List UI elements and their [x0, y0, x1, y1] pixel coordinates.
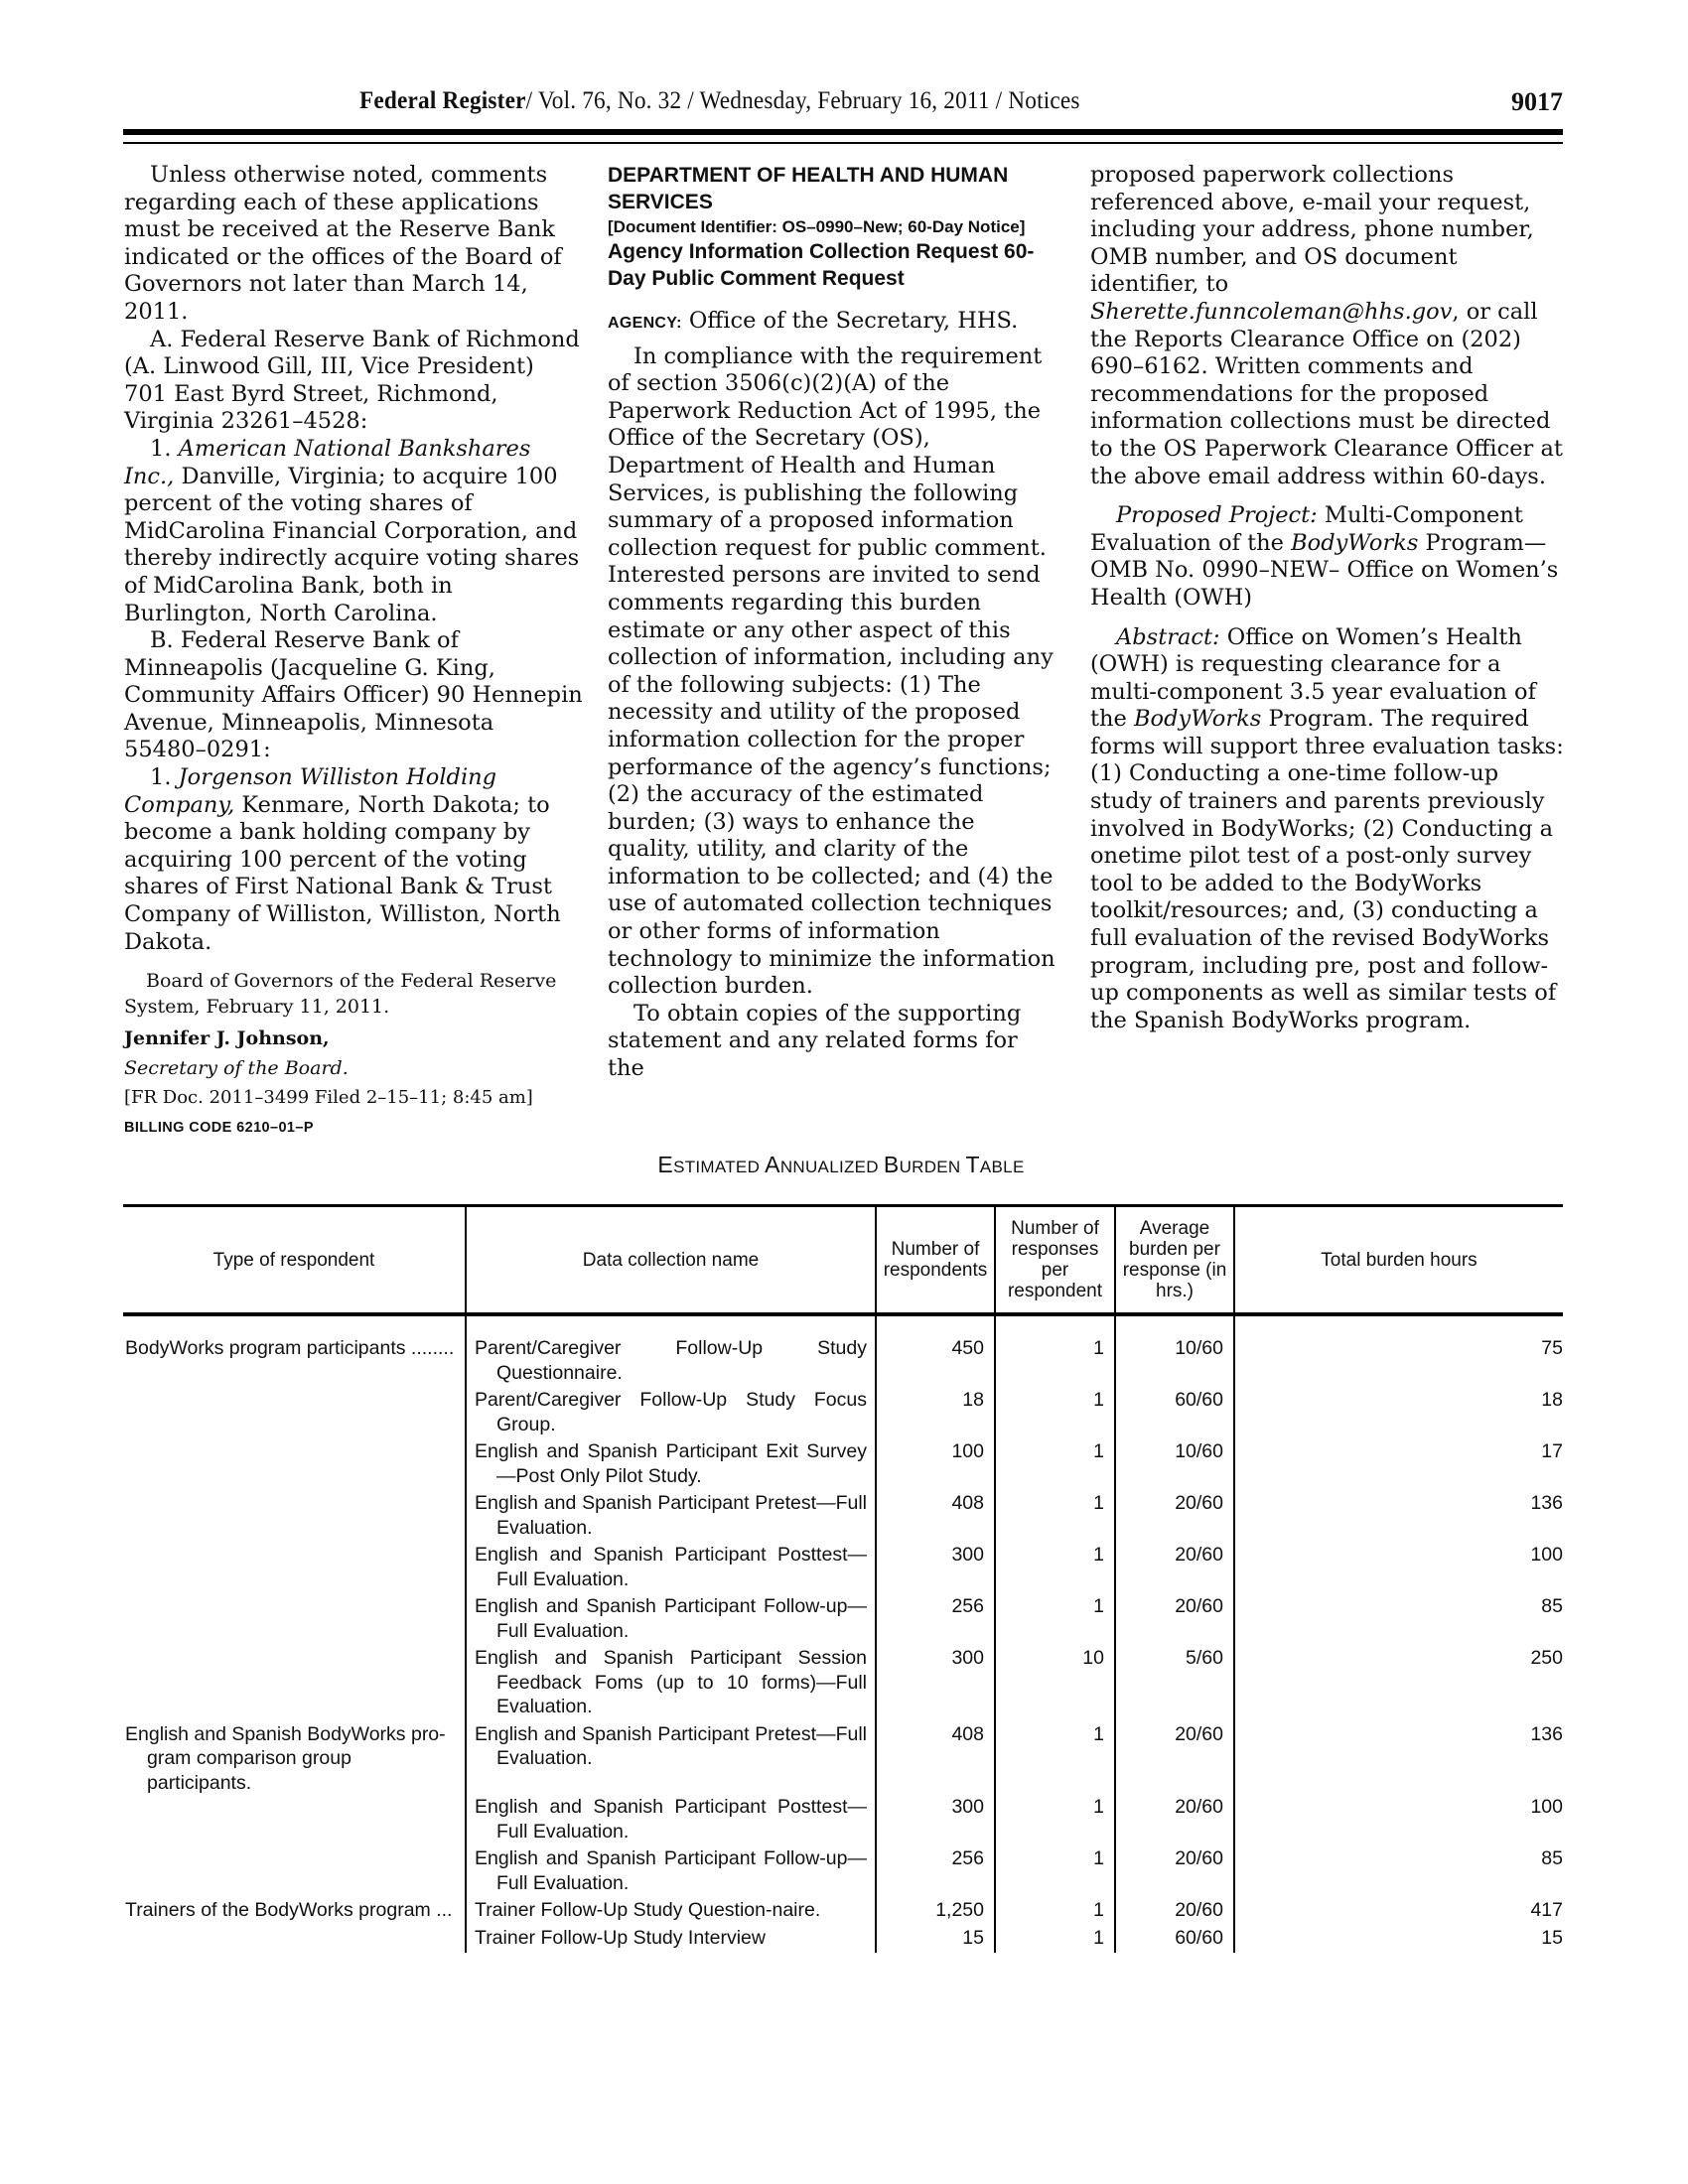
publication-citation: Federal Register/ Vol. 76, No. 32 / Wedn…: [359, 87, 1080, 115]
type-of-respondent-cell: [123, 1846, 466, 1898]
number-of-respondents-cell: 100: [876, 1439, 995, 1491]
proposed-project-paragraph: Proposed Project: Multi-Component Evalua…: [1090, 502, 1565, 612]
data-collection-name-cell: English and Spanish Participant Pretest—…: [466, 1722, 876, 1796]
american-national-item: 1. American National Bankshares Inc., Da…: [124, 436, 583, 627]
header-responses-per-respondent: Number of responses per respondent: [995, 1206, 1115, 1315]
title-cap: T: [966, 1152, 980, 1177]
responses-per-respondent-cell: 1: [995, 1722, 1115, 1796]
item-number: 1.: [150, 764, 179, 790]
responses-per-respondent-cell: 1: [995, 1439, 1115, 1491]
table-row: Parent/Caregiver Follow-Up Study Focus G…: [123, 1388, 1563, 1439]
header-type-of-respondent: Type of respondent: [123, 1206, 466, 1315]
respondent-type: BodyWorks program participants ........: [125, 1336, 457, 1361]
type-of-respondent-cell: [123, 1543, 466, 1594]
table-title: ESTIMATED ANNUALIZED BURDEN TABLE: [608, 1152, 1074, 1178]
agency-label: AGENCY:: [608, 315, 682, 332]
data-collection-name-cell: English and Spanish Participant Pretest—…: [466, 1491, 876, 1543]
responses-per-respondent-cell: 1: [995, 1898, 1115, 1926]
title-cap: A: [765, 1152, 780, 1177]
header-data-collection-name: Data collection name: [466, 1206, 876, 1315]
data-collection-name: English and Spanish Participant Follow-u…: [475, 1594, 867, 1646]
item-text: Danville, Virginia; to acquire 100 perce…: [124, 464, 579, 626]
average-burden-cell: 20/60: [1115, 1795, 1234, 1846]
average-burden-cell: 10/60: [1115, 1314, 1234, 1388]
total-burden-hours-cell: 15: [1234, 1926, 1563, 1954]
header-total-burden-hours: Total burden hours: [1234, 1206, 1563, 1315]
column-2: DEPARTMENT OF HEALTH AND HUMAN SERVICES …: [608, 162, 1059, 1083]
column-1: Unless otherwise noted, comments regardi…: [124, 162, 583, 1141]
data-collection-name-cell: Parent/Caregiver Follow-Up Study Focus G…: [466, 1388, 876, 1439]
header-rule-thin: [123, 142, 1563, 144]
table-row: English and Spanish BodyWorks pro-gram c…: [123, 1722, 1563, 1796]
minneapolis-bank-paragraph: B. Federal Reserve Bank of Minneapolis (…: [124, 627, 583, 764]
signer-title: Secretary of the Board.: [124, 1055, 583, 1081]
respondent-type: English and Spanish BodyWorks pro-gram c…: [125, 1722, 457, 1796]
data-collection-name-cell: Parent/Caregiver Follow-Up Study Questio…: [466, 1314, 876, 1388]
average-burden-cell: 10/60: [1115, 1439, 1234, 1491]
data-collection-name-cell: English and Spanish Participant Session …: [466, 1646, 876, 1722]
abstract-paragraph: Abstract: Office on Women’s Health (OWH)…: [1090, 624, 1565, 1035]
data-collection-name-cell: English and Spanish Participant Posttest…: [466, 1795, 876, 1846]
data-collection-name: English and Spanish Participant Pretest—…: [475, 1491, 867, 1543]
title-smallcaps: STIMATED: [673, 1158, 765, 1176]
average-burden-cell: 20/60: [1115, 1491, 1234, 1543]
total-burden-hours-cell: 136: [1234, 1491, 1563, 1543]
title-smallcaps: URDEN: [900, 1158, 966, 1176]
data-collection-name: English and Spanish Participant Exit Sur…: [475, 1439, 867, 1491]
number-of-respondents-cell: 1,250: [876, 1898, 995, 1926]
responses-per-respondent-cell: 1: [995, 1388, 1115, 1439]
data-collection-name: Trainer Follow-Up Study Interview: [475, 1926, 867, 1954]
table-row: English and Spanish Participant Follow-u…: [123, 1846, 1563, 1898]
proposed-project-label: Proposed Project:: [1116, 502, 1318, 528]
total-burden-hours-cell: 75: [1234, 1314, 1563, 1388]
respondent-type: Trainers of the BodyWorks program ...: [125, 1898, 457, 1923]
type-of-respondent-cell: [123, 1439, 466, 1491]
burden-table: Type of respondent Data collection name …: [123, 1204, 1563, 1953]
richmond-bank-paragraph: A. Federal Reserve Bank of Richmond (A. …: [124, 327, 583, 436]
paragraph-text: proposed paperwork collections reference…: [1090, 162, 1534, 297]
total-burden-hours-cell: 417: [1234, 1898, 1563, 1926]
data-collection-name: Trainer Follow-Up Study Question-naire.: [475, 1898, 867, 1926]
average-burden-cell: 5/60: [1115, 1646, 1234, 1722]
table-row: Trainer Follow-Up Study Interview15160/6…: [123, 1926, 1563, 1954]
signature-block: Board of Governors of the Federal Reserv…: [124, 968, 583, 1141]
column-3: proposed paperwork collections reference…: [1090, 162, 1565, 1034]
number-of-respondents-cell: 300: [876, 1646, 995, 1722]
responses-per-respondent-cell: 1: [995, 1543, 1115, 1594]
data-collection-name-cell: English and Spanish Participant Posttest…: [466, 1543, 876, 1594]
total-burden-hours-cell: 17: [1234, 1439, 1563, 1491]
total-burden-hours-cell: 18: [1234, 1388, 1563, 1439]
number-of-respondents-cell: 256: [876, 1594, 995, 1646]
average-burden-cell: 20/60: [1115, 1594, 1234, 1646]
average-burden-cell: 20/60: [1115, 1898, 1234, 1926]
type-of-respondent-cell: [123, 1795, 466, 1846]
responses-per-respondent-cell: 1: [995, 1795, 1115, 1846]
signer-name: Jennifer J. Johnson,: [124, 1025, 583, 1051]
table-row: English and Spanish Participant Posttest…: [123, 1543, 1563, 1594]
table-row: English and Spanish Participant Session …: [123, 1646, 1563, 1722]
average-burden-cell: 20/60: [1115, 1543, 1234, 1594]
data-collection-name: Parent/Caregiver Follow-Up Study Focus G…: [475, 1388, 867, 1439]
data-collection-name: English and Spanish Participant Follow-u…: [475, 1846, 867, 1898]
table-row: Trainers of the BodyWorks program ...Tra…: [123, 1898, 1563, 1926]
page-number: 9017: [1511, 87, 1563, 117]
compliance-paragraph: In compliance with the requirement of se…: [608, 343, 1059, 1001]
request-copies-paragraph: proposed paperwork collections reference…: [1090, 162, 1565, 490]
average-burden-cell: 20/60: [1115, 1722, 1234, 1796]
table-row: English and Spanish Participant Pretest—…: [123, 1491, 1563, 1543]
jorgenson-item: 1. Jorgenson Williston Holding Company, …: [124, 764, 583, 956]
comments-deadline-paragraph: Unless otherwise noted, comments regardi…: [124, 162, 583, 327]
number-of-respondents-cell: 408: [876, 1722, 995, 1796]
publication-name: Federal Register: [359, 87, 526, 114]
number-of-respondents-cell: 300: [876, 1543, 995, 1594]
type-of-respondent-cell: [123, 1926, 466, 1954]
agency-line: AGENCY: Office of the Secretary, HHS.: [608, 308, 1059, 338]
subject-heading: Agency Information Collection Request 60…: [608, 238, 1059, 292]
total-burden-hours-cell: 136: [1234, 1722, 1563, 1796]
number-of-respondents-cell: 300: [876, 1795, 995, 1846]
program-name: BodyWorks: [1134, 706, 1261, 732]
data-collection-name-cell: English and Spanish Participant Exit Sur…: [466, 1439, 876, 1491]
document-identifier: [Document Identifier: OS–0990–New; 60-Da…: [608, 215, 1059, 238]
type-of-respondent-cell: [123, 1491, 466, 1543]
item-number: 1.: [150, 436, 179, 462]
signature-intro: Board of Governors of the Federal Reserv…: [124, 968, 583, 1020]
number-of-respondents-cell: 15: [876, 1926, 995, 1954]
type-of-respondent-cell: [123, 1646, 466, 1722]
data-collection-name: English and Spanish Participant Session …: [475, 1646, 867, 1722]
type-of-respondent-cell: Trainers of the BodyWorks program ...: [123, 1898, 466, 1926]
number-of-respondents-cell: 256: [876, 1846, 995, 1898]
responses-per-respondent-cell: 1: [995, 1491, 1115, 1543]
responses-per-respondent-cell: 10: [995, 1646, 1115, 1722]
responses-per-respondent-cell: 1: [995, 1594, 1115, 1646]
total-burden-hours-cell: 85: [1234, 1846, 1563, 1898]
abstract-label: Abstract:: [1116, 624, 1220, 650]
total-burden-hours-cell: 100: [1234, 1795, 1563, 1846]
agency-heading: DEPARTMENT OF HEALTH AND HUMAN SERVICES: [608, 162, 1059, 215]
title-cap: E: [657, 1152, 673, 1177]
type-of-respondent-cell: [123, 1594, 466, 1646]
responses-per-respondent-cell: 1: [995, 1846, 1115, 1898]
data-collection-name: Parent/Caregiver Follow-Up Study Questio…: [475, 1336, 867, 1388]
type-of-respondent-cell: BodyWorks program participants ........: [123, 1314, 466, 1388]
average-burden-cell: 20/60: [1115, 1846, 1234, 1898]
contact-email-link[interactable]: Sherette.funncoleman@hhs.gov: [1090, 299, 1452, 325]
header-average-burden: Average burden per response (in hrs.): [1115, 1206, 1234, 1315]
data-collection-name: English and Spanish Participant Posttest…: [475, 1543, 867, 1594]
total-burden-hours-cell: 85: [1234, 1594, 1563, 1646]
program-name: BodyWorks: [1291, 530, 1418, 556]
responses-per-respondent-cell: 1: [995, 1926, 1115, 1954]
title-smallcaps: ABLE: [980, 1158, 1025, 1176]
table-row: English and Spanish Participant Posttest…: [123, 1795, 1563, 1846]
issue-citation: / Vol. 76, No. 32 / Wednesday, February …: [526, 87, 1080, 114]
running-head: Federal Register/ Vol. 76, No. 32 / Wedn…: [123, 87, 1563, 123]
type-of-respondent-cell: English and Spanish BodyWorks pro-gram c…: [123, 1722, 466, 1796]
agency-value: Office of the Secretary, HHS.: [682, 308, 1019, 334]
type-of-respondent-cell: [123, 1388, 466, 1439]
number-of-respondents-cell: 18: [876, 1388, 995, 1439]
data-collection-name-cell: English and Spanish Participant Follow-u…: [466, 1846, 876, 1898]
billing-code: BILLING CODE 6210–01–P: [124, 1115, 583, 1141]
average-burden-cell: 60/60: [1115, 1926, 1234, 1954]
responses-per-respondent-cell: 1: [995, 1314, 1115, 1388]
title-smallcaps: NNUALIZED: [780, 1158, 884, 1176]
total-burden-hours-cell: 250: [1234, 1646, 1563, 1722]
data-collection-name: English and Spanish Participant Posttest…: [475, 1795, 867, 1846]
number-of-respondents-cell: 450: [876, 1314, 995, 1388]
data-collection-name: English and Spanish Participant Pretest—…: [475, 1722, 867, 1774]
total-burden-hours-cell: 100: [1234, 1543, 1563, 1594]
table-row: English and Spanish Participant Follow-u…: [123, 1594, 1563, 1646]
data-collection-name-cell: Trainer Follow-Up Study Interview: [466, 1926, 876, 1954]
paragraph-text: , or call the Reports Clearance Office o…: [1090, 299, 1563, 489]
header-number-of-respondents: Number of respondents: [876, 1206, 995, 1315]
table-header-row: Type of respondent Data collection name …: [123, 1206, 1563, 1315]
paragraph-text: Program. The required forms will support…: [1090, 706, 1564, 1033]
copies-paragraph: To obtain copies of the supporting state…: [608, 1001, 1059, 1083]
average-burden-cell: 60/60: [1115, 1388, 1234, 1439]
fr-doc-line: [FR Doc. 2011–3499 Filed 2–15–11; 8:45 a…: [124, 1085, 583, 1111]
data-collection-name-cell: Trainer Follow-Up Study Question-naire.: [466, 1898, 876, 1926]
table-row: English and Spanish Participant Exit Sur…: [123, 1439, 1563, 1491]
table-row: BodyWorks program participants ........P…: [123, 1314, 1563, 1388]
data-collection-name-cell: English and Spanish Participant Follow-u…: [466, 1594, 876, 1646]
header-rule-thick: [123, 129, 1563, 135]
title-cap: B: [884, 1152, 900, 1177]
number-of-respondents-cell: 408: [876, 1491, 995, 1543]
